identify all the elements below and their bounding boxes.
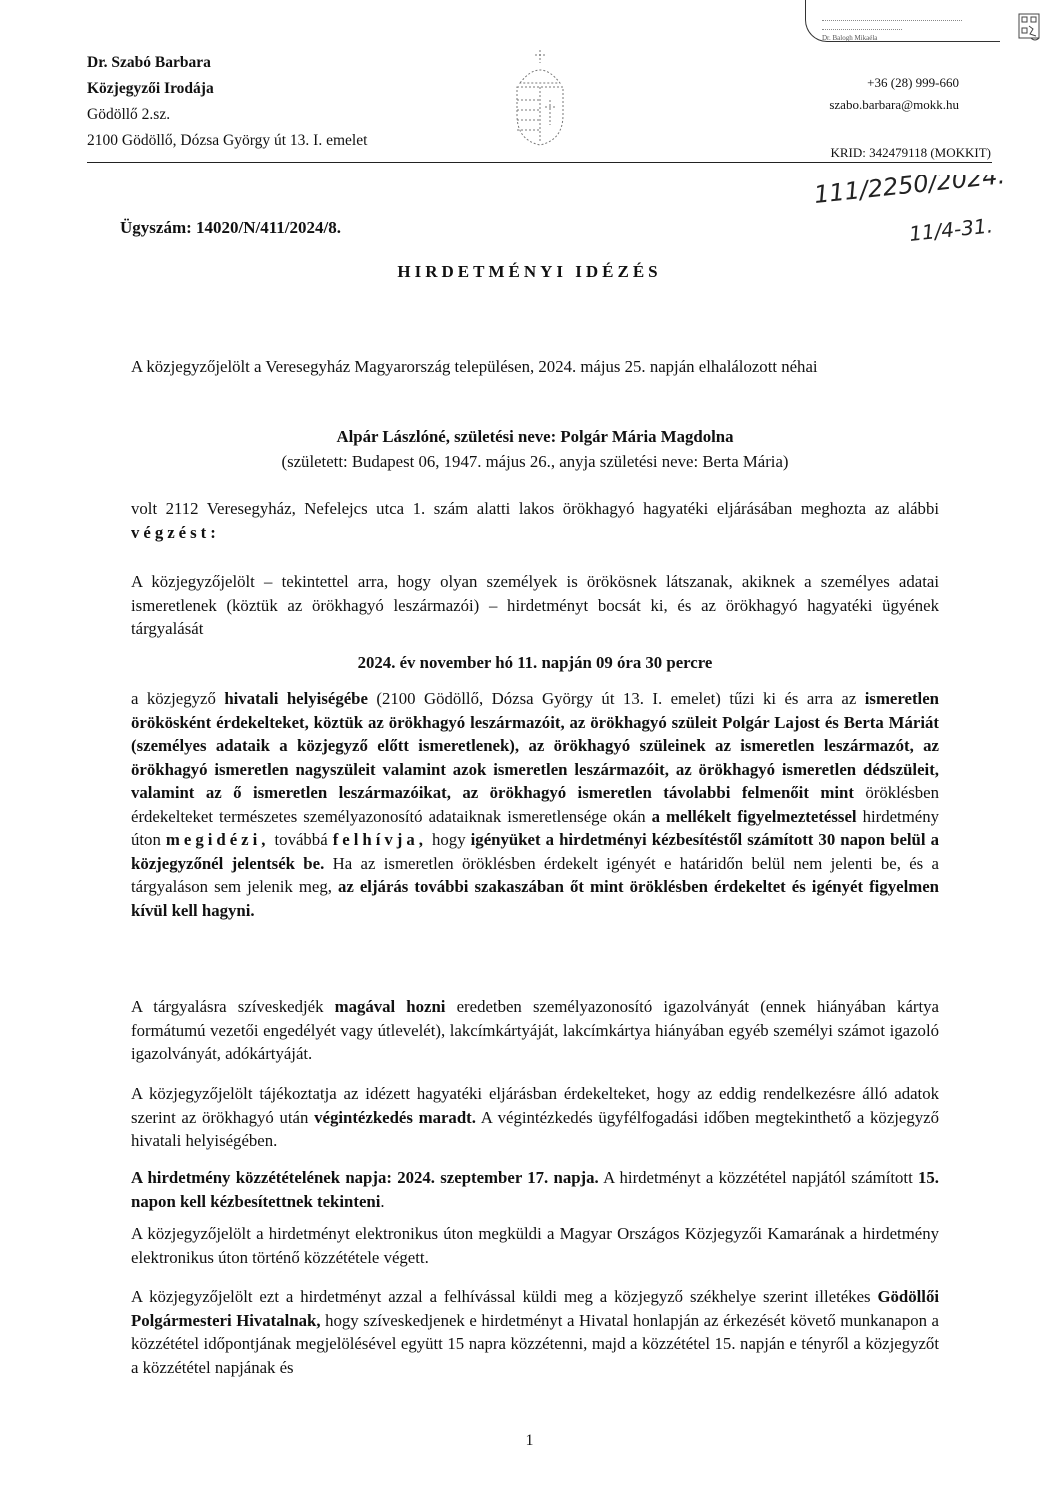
letterhead-right: +36 (28) 999-660 szabo.barbara@mokk.hu [829, 72, 959, 116]
letterhead-left: Dr. Szabó Barbara Közjegyzői Irodája Göd… [87, 50, 367, 154]
hearing-date: 2024. év november hó 11. napján 09 óra 3… [131, 651, 939, 675]
decision-keyword: végzést: [131, 523, 220, 542]
notice-paragraph: A közjegyzőjelölt – tekintettel arra, ho… [131, 570, 939, 641]
municipality-paragraph: A közjegyzőjelölt ezt a hirdetményt azza… [131, 1285, 939, 1379]
handwritten-annotation: 111/2250/2024. 11/4-31. [815, 175, 1015, 255]
chamber-paragraph: A közjegyzőjelölt a hirdetményt elektron… [131, 1222, 939, 1269]
publication-date-paragraph: A hirdetmény közzétételének napja: 2024.… [131, 1166, 939, 1213]
intro-paragraph: A közjegyzőjelölt a Veresegyház Magyaror… [131, 355, 939, 379]
phone-number: +36 (28) 999-660 [829, 72, 959, 94]
handwritten-reference-2: 11/4-31. [908, 213, 994, 246]
case-number: Ügyszám: 14020/N/411/2024/8. [120, 218, 341, 238]
notary-name: Dr. Szabó Barbara [87, 50, 367, 76]
will-paragraph: A közjegyzőjelölt tájékoztatja az idézet… [131, 1082, 939, 1153]
handwritten-reference-1: 111/2250/2024. [815, 175, 1006, 209]
documents-paragraph: A tárgyalásra szíveskedjék magával hozni… [131, 995, 939, 1066]
document-title: HIRDETMÉNYI IDÉZÉS [0, 262, 1059, 282]
header-divider [87, 162, 992, 163]
notary-office: Közjegyzői Irodája [87, 76, 367, 102]
page-number: 1 [0, 1432, 1059, 1450]
deceased-details: (született: Budapest 06, 1947. május 26.… [131, 450, 939, 474]
notary-address: 2100 Gödöllő, Dózsa György út 13. I. eme… [87, 128, 367, 154]
summons-paragraph: a közjegyző hivatali helyiségébe (2100 G… [131, 687, 939, 922]
qr-code-icon [1017, 12, 1041, 44]
decision-intro-paragraph: volt 2112 Veresegyház, Nefelejcs utca 1.… [131, 497, 939, 544]
notary-seat: Gödöllő 2.sz. [87, 102, 367, 128]
deceased-name: Alpár Lászlóné, születési neve: Polgár M… [131, 425, 939, 449]
stamp-signer: Dr. Balogh Mikaéla [822, 34, 1000, 42]
krid-id: KRID: 342479118 (MOKKIT) [830, 145, 991, 161]
electronic-signature-stamp: Dr. Balogh Mikaéla [805, 0, 1000, 42]
email-address: szabo.barbara@mokk.hu [829, 94, 959, 116]
coat-of-arms-icon [505, 45, 575, 150]
